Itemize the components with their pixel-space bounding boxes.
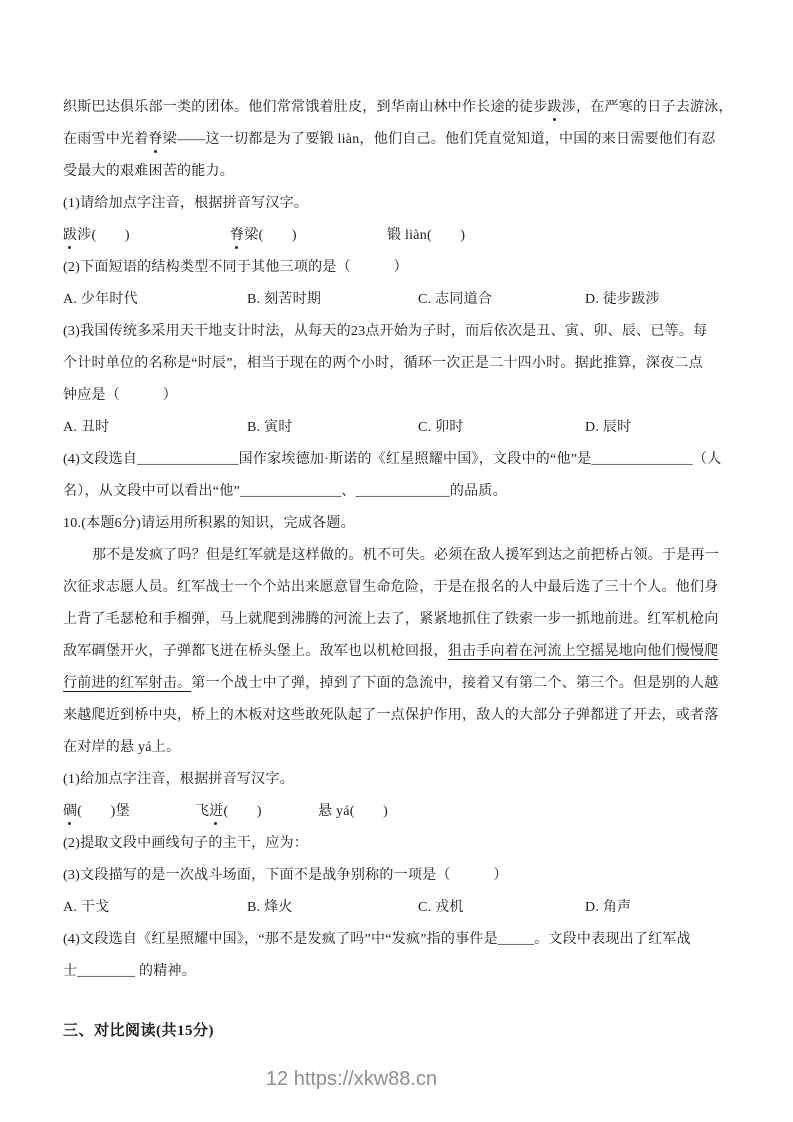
q10-sub3-options: A. 干戈B. 烽火C. 戎机D. 角声 (63, 892, 735, 924)
question-label: 10.(本题6分)请运用所积累的知识，完成各题。 (63, 516, 355, 531)
text-run: 上背了毛瑟枪和手榴弹，马上就爬到沸腾的河流上去了，紧紧地抓住了铁索一步一抓地前进… (63, 612, 719, 627)
pinyin-item-xuanya: 悬 yá( ) (318, 804, 388, 819)
option-b: B. 寅时 (247, 412, 418, 444)
text-run: 士________ 的精神。 (63, 964, 196, 979)
text-run: 在雨雪中光着 (63, 132, 149, 147)
exam-content: 织斯巴达俱乐部一类的团体。他们常常饿着肚皮，到华南山林中作长途的徒步跋涉，在严寒… (63, 92, 735, 1047)
option-a: A. 丑时 (63, 412, 247, 444)
text-run: 那不是发疯了吗？但是红军就是这样做的。机不可失。必须在敌人援军到达之前把桥占领。… (92, 548, 719, 563)
underlined-clause: 狙击手向着在河流上空摇晃地向他们慢慢爬 (448, 644, 719, 659)
option-b: B. 刻苦时期 (247, 284, 418, 316)
emphasized-char: 跋 (548, 100, 562, 115)
emphasized-char: 跋 (63, 228, 77, 243)
q10-sub3-label: (3)文段描写的是一次战斗场面，下面不是战争别称的一项是（ ） (63, 860, 735, 892)
text-run: 织斯巴达俱乐部一类的团体。他们常常饿着肚皮，到华南山林中作长途的徒步 (63, 100, 548, 115)
q10-label: 10.(本题6分)请运用所积累的知识，完成各题。 (63, 508, 735, 540)
q10-passage-line-4: 敌军碉堡开火，子弹都飞迸在桥头堡上。敌军也以机枪回报，狙击手向着在河流上空摇晃地… (63, 636, 735, 668)
text-run: 名），从文段中可以看出“他”______________、___________… (63, 484, 507, 499)
text-run: ( ) (224, 804, 262, 819)
text-run: 来越爬近到桥中央，桥上的木板对这些敢死队起了一点保护作用，敌人的大部分子弹都迸了… (63, 708, 719, 723)
option-c: C. 戎机 (418, 892, 585, 924)
underlined-clause: 行前进的红军射击。 (63, 676, 191, 691)
text-run: 钟应是（ ） (63, 388, 177, 403)
q10-passage-line-5: 行前进的红军射击。第一个战士中了弹，掉到了下面的急流中，接着又有第二个、第三个。… (63, 668, 735, 700)
q10-sub4-line-1: (4)文段选自《红星照耀中国》，“那不是发疯了吗”中“发疯”指的事件是_____… (63, 924, 735, 956)
text-run: 第一个战士中了弹，掉到了下面的急流中，接着又有第二个、第三个。但是别的人越 (191, 676, 718, 691)
emphasized-char: 迸 (209, 804, 223, 819)
question-label: (4)文段选自《红星照耀中国》，“那不是发疯了吗”中“发疯”指的事件是_____… (63, 932, 691, 947)
text-run: 梁( ) (244, 228, 297, 243)
q9-sub1-pinyin-row: 跋涉( )脊梁( )锻 liàn( ) (63, 220, 735, 252)
q10-passage-line-7: 在对岸的悬 yá上。 (63, 732, 735, 764)
page-number-and-watermark: 12 https://xkw88.cn (266, 1068, 437, 1090)
text-run: 涉，在严寒的日子去游泳， (562, 100, 733, 115)
q9-sub3-options: A. 丑时B. 寅时C. 卯时D. 辰时 (63, 412, 735, 444)
exam-document-page: 织斯巴达俱乐部一类的团体。他们常常饿着肚皮，到华南山林中作长途的徒步跋涉，在严寒… (0, 0, 793, 1122)
q10-sub1-label: (1)给加点字注音，根据拼音写汉字。 (63, 764, 735, 796)
option-d: D. 徒步跋涉 (585, 284, 660, 316)
question-label: (4)文段选自______________国作家埃德加·斯诺的《红星照耀中国》，… (63, 452, 721, 467)
q10-passage-line-6: 来越爬近到桥中央，桥上的木板对这些敢死队起了一点保护作用，敌人的大部分子弹都迸了… (63, 700, 735, 732)
q10-sub2-label: (2)提取文段中画线句子的主干，应为： (63, 828, 735, 860)
pinyin-item-feibeng: 飞迸( ) (195, 796, 318, 828)
q9-sub3-line-2: 个计时单位的名称是“时辰”，相当于现在的两个小时，循环一次正是二十四小时。据此推… (63, 348, 735, 380)
text-run: 次征求志愿人员。红军战士一个个站出来愿意冒生命危险，于是在报名的人中最后选了三十… (63, 580, 719, 595)
page-footer: 12 https://xkw88.cn (0, 1068, 793, 1091)
text-run: 在对岸的悬 yá上。 (63, 740, 180, 755)
q9-passage-line-1: 织斯巴达俱乐部一类的团体。他们常常饿着肚皮，到华南山林中作长途的徒步跋涉，在严寒… (63, 92, 735, 124)
text-run: 飞 (195, 804, 209, 819)
text-run: 敌军碉堡开火，子弹都飞迸在桥头堡上。敌军也以机枪回报， (63, 644, 448, 659)
text-run: 受最大的艰难困苦的能力。 (63, 164, 234, 179)
pinyin-item-bashe: 跋涉( ) (63, 220, 230, 252)
emphasized-char: 脊 (149, 132, 163, 147)
question-label: (2)下面短语的结构类型不同于其他三项的是（ ） (63, 260, 408, 275)
pinyin-item-diaobao: 碉( )堡 (63, 796, 195, 828)
text-run: 梁——这一切都是为了要锻 liàn，他们自己。他们凭直觉知道，中国的来日需要他们… (163, 132, 716, 147)
q10-sub1-pinyin-row: 碉( )堡飞迸( )悬 yá( ) (63, 796, 735, 828)
q9-passage-line-2: 在雨雪中光着脊梁——这一切都是为了要锻 liàn，他们自己。他们凭直觉知道，中国… (63, 124, 735, 156)
option-a: A. 少年时代 (63, 284, 247, 316)
text-run: ( )堡 (77, 804, 130, 819)
q9-sub3-line-1: (3)我国传统多采用天干地支计时法，从每天的23点开始为子时，而后依次是丑、寅、… (63, 316, 735, 348)
q10-passage-line-3: 上背了毛瑟枪和手榴弹，马上就爬到沸腾的河流上去了，紧紧地抓住了铁索一步一抓地前进… (63, 604, 735, 636)
q9-sub4-line-1: (4)文段选自______________国作家埃德加·斯诺的《红星照耀中国》，… (63, 444, 735, 476)
option-a: A. 干戈 (63, 892, 247, 924)
option-d: D. 角声 (585, 892, 631, 924)
question-label: (3)文段描写的是一次战斗场面，下面不是战争别称的一项是（ ） (63, 868, 508, 883)
emphasized-char: 碉 (63, 804, 77, 819)
q9-sub2-label: (2)下面短语的结构类型不同于其他三项的是（ ） (63, 252, 735, 284)
q9-passage-line-3: 受最大的艰难困苦的能力。 (63, 156, 735, 188)
q10-passage-line-1: 那不是发疯了吗？但是红军就是这样做的。机不可失。必须在敌人援军到达之前把桥占领。… (63, 540, 735, 572)
option-c: C. 志同道合 (418, 284, 585, 316)
question-label: (2)提取文段中画线句子的主干，应为： (63, 836, 308, 851)
option-c: C. 卯时 (418, 412, 585, 444)
question-label: (3)我国传统多采用天干地支计时法，从每天的23点开始为子时，而后依次是丑、寅、… (63, 324, 707, 339)
q10-sub4-line-2: 士________ 的精神。 (63, 956, 735, 988)
q9-sub2-options: A. 少年时代B. 刻苦时期C. 志同道合D. 徒步跋涉 (63, 284, 735, 316)
option-d: D. 辰时 (585, 412, 631, 444)
q9-sub4-line-2: 名），从文段中可以看出“他”______________、___________… (63, 476, 735, 508)
q10-passage-line-2: 次征求志愿人员。红军战士一个个站出来愿意冒生命危险，于是在报名的人中最后选了三十… (63, 572, 735, 604)
pinyin-item-duanlian: 锻 liàn( ) (387, 228, 465, 243)
text-run: 涉( ) (77, 228, 130, 243)
section-title: 三、对比阅读(共15分) (63, 1023, 214, 1039)
section-heading-comparative-reading: 三、对比阅读(共15分) (63, 1015, 735, 1047)
q9-sub1-label: (1)请给加点字注音，根据拼音写汉字。 (63, 188, 735, 220)
question-label: (1)请给加点字注音，根据拼音写汉字。 (63, 196, 308, 211)
pinyin-item-jiliang: 脊梁( ) (230, 220, 387, 252)
question-label: (1)给加点字注音，根据拼音写汉字。 (63, 772, 294, 787)
emphasized-char: 脊 (230, 228, 244, 243)
q9-sub3-line-3: 钟应是（ ） (63, 380, 735, 412)
text-run: 个计时单位的名称是“时辰”，相当于现在的两个小时，循环一次正是二十四小时。据此推… (63, 356, 703, 371)
option-b: B. 烽火 (247, 892, 418, 924)
